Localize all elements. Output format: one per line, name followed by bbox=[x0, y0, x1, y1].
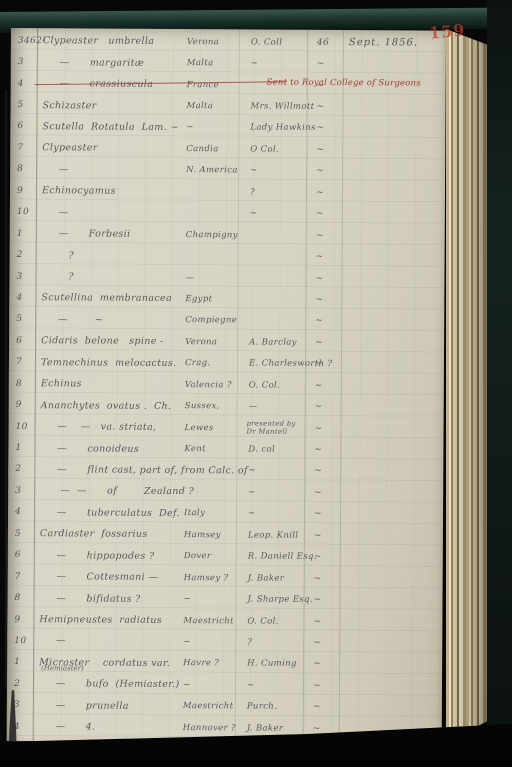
table-row: 4Scutellina membranaceaEgypt~ bbox=[9, 287, 444, 311]
row-number: 3 bbox=[9, 272, 35, 282]
locality: Sussex, bbox=[185, 401, 237, 411]
specimen-name: — prunella bbox=[33, 700, 183, 712]
specimen-name: — tuberculatus Def. bbox=[34, 507, 184, 519]
row-number: 1 bbox=[8, 443, 34, 453]
row-number: 2 bbox=[7, 679, 33, 689]
locality: Malta bbox=[186, 101, 238, 111]
register-rows: 3462²Clypeaster umbrellaVeronaO. Coll46S… bbox=[7, 30, 446, 740]
ditto-mark: ~ bbox=[304, 509, 340, 519]
date-entry bbox=[342, 236, 445, 237]
row-number: 6 bbox=[10, 121, 36, 131]
table-row: 8EchinusValencia ?O. Col.~ bbox=[9, 373, 444, 397]
locality: Hannover ? bbox=[183, 723, 235, 733]
donor-collection: Purch. bbox=[235, 702, 303, 712]
book-cover-right-edge bbox=[487, 0, 512, 767]
ditto-mark: ~ bbox=[305, 338, 341, 348]
locality: Lewes bbox=[185, 423, 237, 433]
table-row: 1 — ForbesiiChampigny~ bbox=[10, 223, 445, 247]
table-row: 1Micraster cordatus var.Havre ?H. Cuming… bbox=[7, 652, 442, 676]
specimen-name: — conoideus bbox=[34, 443, 184, 455]
date-entry bbox=[341, 279, 444, 280]
table-row: 3462²Clypeaster umbrellaVeronaO. Coll46S… bbox=[11, 30, 446, 54]
specimen-name: — bufo (Hemiaster.) bbox=[33, 678, 183, 690]
ditto-mark: ~ bbox=[303, 681, 339, 691]
red-annotation: Sent to Royal College of Surgeons bbox=[267, 77, 421, 88]
locality: ~ bbox=[186, 123, 238, 133]
donor-collection: ~ bbox=[236, 509, 304, 519]
table-row: 4 — crassiusculaFrance~Sent to Royal Col… bbox=[11, 73, 446, 97]
donor-collection: O. Col. bbox=[237, 380, 305, 390]
specimen-name: Clypeaster umbrella bbox=[37, 35, 187, 47]
specimen-name: Echinocyamus bbox=[36, 185, 186, 197]
ditto-mark: ~ bbox=[306, 145, 342, 155]
donor-collection: ? bbox=[235, 637, 303, 647]
date-entry bbox=[339, 686, 442, 687]
donor-collection: O. Coll bbox=[239, 37, 307, 47]
specimen-name: — ~ bbox=[35, 314, 185, 326]
row-number: 8 bbox=[7, 593, 33, 603]
donor-collection: ~ bbox=[238, 166, 306, 176]
ditto-mark: ~ bbox=[305, 273, 341, 283]
specimen-name: — Cottesmani — bbox=[34, 571, 184, 583]
ditto-mark: ~ bbox=[304, 573, 340, 583]
specimen-name: — bbox=[36, 164, 186, 176]
donor-collection: R. Daniell Esq. bbox=[236, 552, 304, 562]
date-entry bbox=[342, 171, 445, 172]
date-entry bbox=[340, 493, 443, 494]
donor-collection: Mrs. Willmott bbox=[238, 101, 306, 111]
ditto-mark: ~ bbox=[304, 445, 340, 455]
donor-collection: J. Baker bbox=[236, 573, 304, 583]
row-number: 2 bbox=[8, 464, 34, 474]
date-entry bbox=[340, 450, 443, 451]
table-row: 1 — conoideusKentD. col~ bbox=[8, 437, 443, 461]
register-scan-photo: 3462²Clypeaster umbrellaVeronaO. Coll46S… bbox=[0, 0, 512, 767]
table-row: 3 — — of Zealand ?~~ bbox=[8, 480, 443, 504]
donor-collection: ~ bbox=[235, 680, 303, 690]
date-entry bbox=[339, 707, 442, 708]
table-row: 10 —~~ bbox=[10, 201, 445, 225]
table-row: 2 — bufo (Hemiaster.)~~~ bbox=[7, 673, 442, 697]
ditto-mark: ~ bbox=[306, 123, 342, 133]
donor-collection: D. col bbox=[236, 444, 304, 454]
donor-collection: Leop. Knill bbox=[236, 530, 304, 540]
table-row: 7ClypeasterCandiaO Col.~ bbox=[10, 137, 445, 161]
table-row: 7 — Cottesmani —Hamsey ?J. Baker~ bbox=[8, 566, 443, 590]
date-entry bbox=[343, 107, 446, 108]
ditto-mark: ~ bbox=[306, 230, 342, 240]
specimen-name: Echinus bbox=[35, 378, 185, 390]
ditto-mark: ~ bbox=[306, 102, 342, 112]
ditto-mark: ~ bbox=[303, 659, 339, 669]
date-entry bbox=[340, 557, 443, 558]
page-number-stamp: 159 bbox=[428, 20, 466, 43]
ditto-mark: ~ bbox=[306, 188, 342, 198]
ditto-mark: ~ bbox=[305, 316, 341, 326]
ditto-mark: ~ bbox=[305, 359, 341, 369]
row-number: 1 bbox=[10, 229, 36, 239]
ditto-mark: ~ bbox=[306, 166, 342, 176]
date-entry bbox=[341, 386, 444, 387]
specimen-name: Cardiaster fossarius bbox=[34, 528, 184, 540]
locality: Kent bbox=[184, 444, 236, 454]
donor-collection: H. Cuming bbox=[235, 659, 303, 669]
locality: Hamsey ? bbox=[184, 573, 236, 583]
specimen-name: Scutellina membranacea bbox=[35, 293, 185, 305]
donor-collection: — bbox=[237, 402, 305, 412]
donor-collection: ~ bbox=[239, 59, 307, 69]
specimen-name: Temnechinus melocactus. bbox=[35, 357, 185, 369]
specimen-name: ? bbox=[36, 250, 186, 262]
row-number: 3462² bbox=[11, 36, 37, 46]
donor-collection: O. Col. bbox=[235, 616, 303, 626]
specimen-name: — 4. bbox=[33, 721, 183, 733]
specimen-name: Scutella Rotatula Lam. ~ bbox=[36, 121, 186, 133]
specimen-name: — margaritæ bbox=[37, 57, 187, 69]
table-row: 6Scutella Rotatula Lam. ~~Lady Hawkins~ bbox=[10, 116, 445, 140]
date-entry bbox=[341, 364, 444, 365]
ditto-mark: ~ bbox=[306, 252, 342, 262]
row-number: 2 bbox=[10, 250, 36, 260]
locality: N. America bbox=[186, 165, 238, 175]
row-number: 9 bbox=[7, 615, 33, 625]
date-entry bbox=[341, 321, 444, 322]
table-row: 7Temnechinus melocactus.Crag.E. Charlesw… bbox=[9, 352, 444, 376]
locality: Candia bbox=[186, 144, 238, 154]
specimen-name: — Forbesii bbox=[36, 228, 186, 240]
specimen-name: Clypeaster bbox=[36, 143, 186, 155]
table-row: 2 ?~ bbox=[10, 244, 445, 268]
locality: Valencia ? bbox=[185, 380, 237, 390]
specimen-name: Schizaster bbox=[36, 100, 186, 112]
row-number: 9 bbox=[10, 186, 36, 196]
ditto-mark: ~ bbox=[305, 381, 341, 391]
date-entry bbox=[341, 343, 444, 344]
locality: Italy bbox=[184, 508, 236, 518]
row-number: 4 bbox=[11, 79, 37, 89]
date-entry bbox=[342, 214, 445, 215]
locality: ~ bbox=[183, 637, 235, 647]
specimen-name: Cidaris belone spine - bbox=[35, 335, 185, 347]
row-number: 1 bbox=[7, 657, 33, 667]
specimen-name: — hippopodes ? bbox=[34, 550, 184, 562]
specimen-name: Hemipneustes radiatus bbox=[33, 614, 183, 626]
date-entry bbox=[341, 429, 444, 430]
date-entry bbox=[343, 64, 446, 65]
ditto-mark: ~ bbox=[306, 209, 342, 219]
ditto-mark: ~ bbox=[303, 616, 339, 626]
row-number: 5 bbox=[9, 314, 35, 324]
specimen-name: Ananchytes ovatus . Ch. bbox=[35, 400, 185, 412]
book-page-edges-stack bbox=[446, 29, 488, 741]
locality: Compiegne bbox=[185, 315, 237, 325]
locality: Crag. bbox=[185, 358, 237, 368]
specimen-name: — flint cast, part of, from Calc. of bbox=[34, 464, 184, 476]
locality: — bbox=[185, 273, 237, 283]
specimen-name: — bbox=[33, 636, 183, 648]
locality: Maestricht bbox=[183, 616, 235, 626]
row-number: 8 bbox=[10, 164, 36, 174]
date-entry bbox=[341, 407, 444, 408]
locality: Verona bbox=[187, 37, 239, 47]
date-entry bbox=[342, 150, 445, 151]
donor-collection: ~ bbox=[236, 487, 304, 497]
table-row: 10 —~?~ bbox=[7, 630, 442, 654]
table-row: 6Cidaris belone spine -VeronaA. Barclay~ bbox=[9, 330, 444, 354]
date-entry bbox=[340, 471, 443, 472]
row-number: 6 bbox=[9, 336, 35, 346]
locality: Malta bbox=[187, 58, 239, 68]
ditto-mark: ~ bbox=[303, 595, 339, 605]
donor-collection: Lady Hawkins bbox=[238, 123, 306, 133]
locality: Hamsey bbox=[184, 530, 236, 540]
row-number: 10 bbox=[7, 636, 33, 646]
locality: Egypt bbox=[185, 294, 237, 304]
donor-collection: presented by Dr Mantell bbox=[237, 420, 305, 436]
date-entry bbox=[340, 579, 443, 580]
donor-collection: ~ bbox=[238, 209, 306, 219]
row-number: 3 bbox=[11, 57, 37, 67]
locality: Havre ? bbox=[183, 658, 235, 668]
specimen-name: — bbox=[36, 207, 186, 219]
specimen-name: — — va. striata, bbox=[35, 421, 185, 433]
left-page-edge-sliver bbox=[5, 90, 7, 690]
specimen-name: — bifidatus ? bbox=[33, 593, 183, 605]
table-row: 3 — margaritæMalta~~ bbox=[11, 51, 446, 75]
ditto-mark: ~ bbox=[304, 488, 340, 498]
row-number: 6 bbox=[8, 550, 34, 560]
ditto-mark: ~ bbox=[305, 295, 341, 305]
ditto-mark: ~ bbox=[305, 423, 341, 433]
date-entry bbox=[340, 536, 443, 537]
donor-collection: O Col. bbox=[238, 144, 306, 154]
row-number: 3 bbox=[8, 486, 34, 496]
ditto-mark: ~ bbox=[307, 59, 343, 69]
date-entry bbox=[342, 128, 445, 129]
ditto-mark: ~ bbox=[303, 638, 339, 648]
table-row: 3 ?—~ bbox=[9, 266, 444, 290]
donor-collection: E. Charlesworth ? bbox=[237, 359, 305, 369]
ditto-mark: ~ bbox=[304, 466, 340, 476]
date-entry bbox=[342, 257, 445, 258]
row-number: 7 bbox=[8, 572, 34, 582]
specimen-name: — — of Zealand ? bbox=[34, 486, 184, 498]
row-number: 5 bbox=[8, 529, 34, 539]
table-row: 4 — tuberculatus Def.Italy~~ bbox=[8, 502, 443, 526]
specimen-name: ? bbox=[35, 271, 185, 283]
donor-collection: A. Barclay bbox=[237, 337, 305, 347]
table-row: 9Ananchytes ovatus . Ch.Sussex,—~ bbox=[9, 394, 444, 418]
table-row: 5Cardiaster fossariusHamseyLeop. Knill~ bbox=[8, 523, 443, 547]
locality: ~ bbox=[183, 594, 235, 604]
row-number: 8 bbox=[9, 379, 35, 389]
table-row: 10 — — va. striata,Lewespresented by Dr … bbox=[8, 416, 443, 440]
date-entry bbox=[342, 193, 445, 194]
ditto-mark: 46 bbox=[307, 38, 343, 48]
row-number: 9 bbox=[9, 400, 35, 410]
donor-collection: J. Sharpe Esq. bbox=[235, 594, 303, 604]
ditto-mark: ~ bbox=[303, 724, 339, 734]
locality: Verona bbox=[185, 337, 237, 347]
locality: ~ bbox=[183, 680, 235, 690]
date-entry bbox=[339, 622, 442, 623]
row-number: 10 bbox=[9, 422, 35, 432]
row-number: 7 bbox=[9, 357, 35, 367]
row-number: 4 bbox=[9, 293, 35, 303]
table-row: 8 — bifidatus ?~J. Sharpe Esq.~ bbox=[7, 587, 442, 611]
ditto-mark: ~ bbox=[304, 531, 340, 541]
locality: Dover bbox=[184, 551, 236, 561]
ditto-mark: ~ bbox=[303, 702, 339, 712]
locality: Champigny bbox=[186, 230, 238, 240]
row-number: 7 bbox=[10, 143, 36, 153]
table-row: 9Echinocyamus?~ bbox=[10, 180, 445, 204]
ditto-mark: ~ bbox=[305, 402, 341, 412]
donor-collection: J. Baker bbox=[235, 723, 303, 733]
date-entry bbox=[339, 664, 442, 665]
table-row: 6 — hippopodes ?DoverR. Daniell Esq.~ bbox=[8, 544, 443, 568]
table-row: 5SchizasterMaltaMrs. Willmott~ bbox=[10, 94, 445, 118]
table-row: 8 —N. America~~ bbox=[10, 159, 445, 183]
table-row: 2 — flint cast, part of, from Calc. of~~ bbox=[8, 459, 443, 483]
date-entry bbox=[340, 600, 443, 601]
row-number: 10 bbox=[10, 207, 36, 217]
table-row: 5 — ~Compiegne~ bbox=[9, 309, 444, 333]
row-number: 4 bbox=[8, 507, 34, 517]
date-entry bbox=[341, 300, 444, 301]
date-entry bbox=[339, 643, 442, 644]
row-number: 5 bbox=[10, 100, 36, 110]
donor-collection: ? bbox=[238, 187, 306, 197]
ditto-mark: ~ bbox=[304, 552, 340, 562]
register-page: 3462²Clypeaster umbrellaVeronaO. Coll46S… bbox=[7, 28, 446, 744]
table-row: 9Hemipneustes radiatusMaestrichtO. Col.~ bbox=[7, 609, 442, 633]
specimen-name: Micraster cordatus var. bbox=[33, 657, 183, 669]
date-entry bbox=[340, 514, 443, 515]
locality: Maestricht bbox=[183, 701, 235, 711]
table-row: 3 — prunellaMaestrichtPurch.~ bbox=[7, 695, 442, 719]
